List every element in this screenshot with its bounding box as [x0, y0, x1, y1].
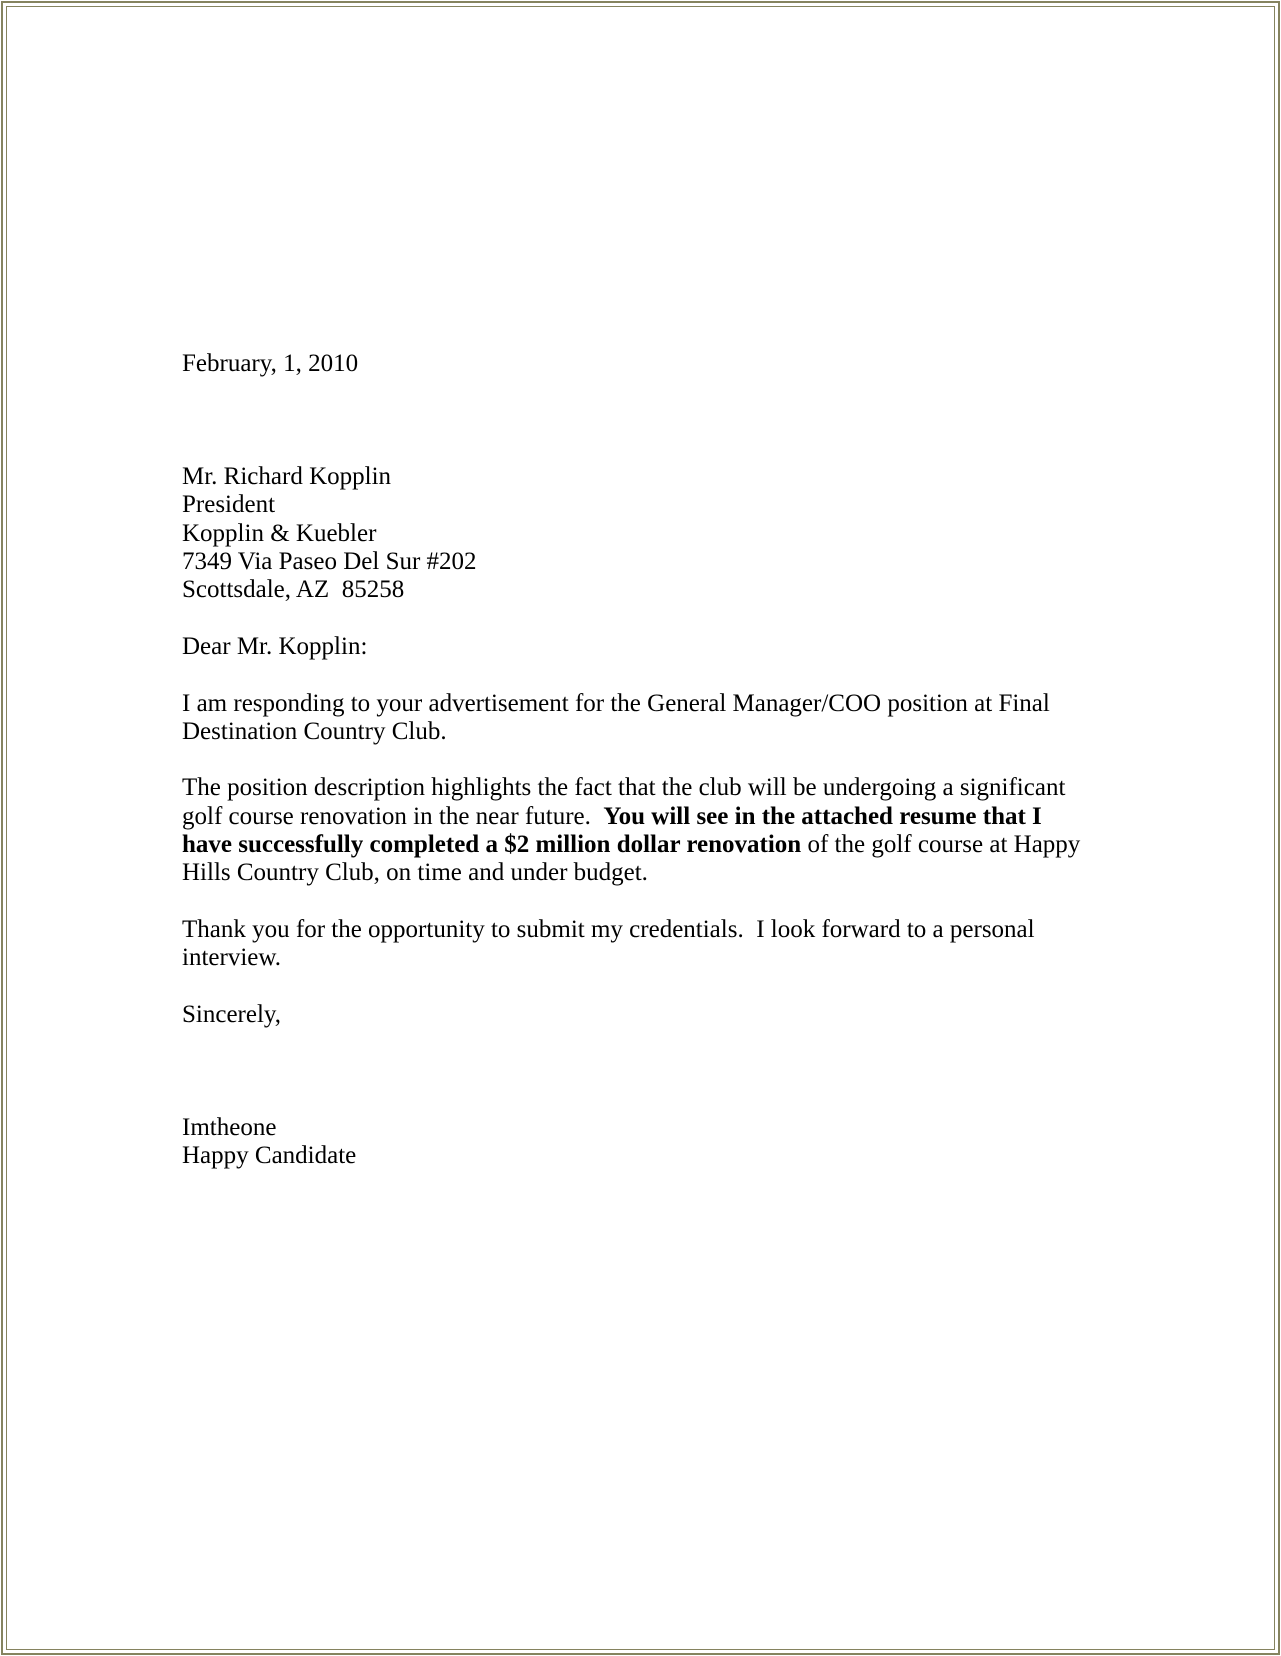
- recipient-street: 7349 Via Paseo Del Sur #202: [182, 548, 1097, 576]
- closing: Sincerely,: [182, 1001, 1097, 1029]
- letter-page: February, 1, 2010 Mr. Richard Kopplin Pr…: [0, 0, 1281, 1656]
- recipient-city-state-zip: Scottsdale, AZ 85258: [182, 576, 1097, 604]
- salutation: Dear Mr. Kopplin:: [182, 633, 1097, 661]
- recipient-company: Kopplin & Kuebler: [182, 520, 1097, 548]
- paragraph-renovation: The position description highlights the …: [182, 774, 1097, 887]
- paragraph-thanks: Thank you for the opportunity to submit …: [182, 916, 1097, 973]
- signature-block: Imtheone Happy Candidate: [182, 1114, 1097, 1171]
- signature-name: Imtheone: [182, 1114, 1097, 1142]
- recipient-address-block: Mr. Richard Kopplin President Kopplin & …: [182, 463, 1097, 604]
- paragraph-intro: I am responding to your advertisement fo…: [182, 690, 1097, 747]
- letter-content: February, 1, 2010 Mr. Richard Kopplin Pr…: [182, 350, 1097, 1171]
- recipient-title: President: [182, 491, 1097, 519]
- signature-title: Happy Candidate: [182, 1142, 1097, 1170]
- recipient-name: Mr. Richard Kopplin: [182, 463, 1097, 491]
- date-line: February, 1, 2010: [182, 350, 1097, 378]
